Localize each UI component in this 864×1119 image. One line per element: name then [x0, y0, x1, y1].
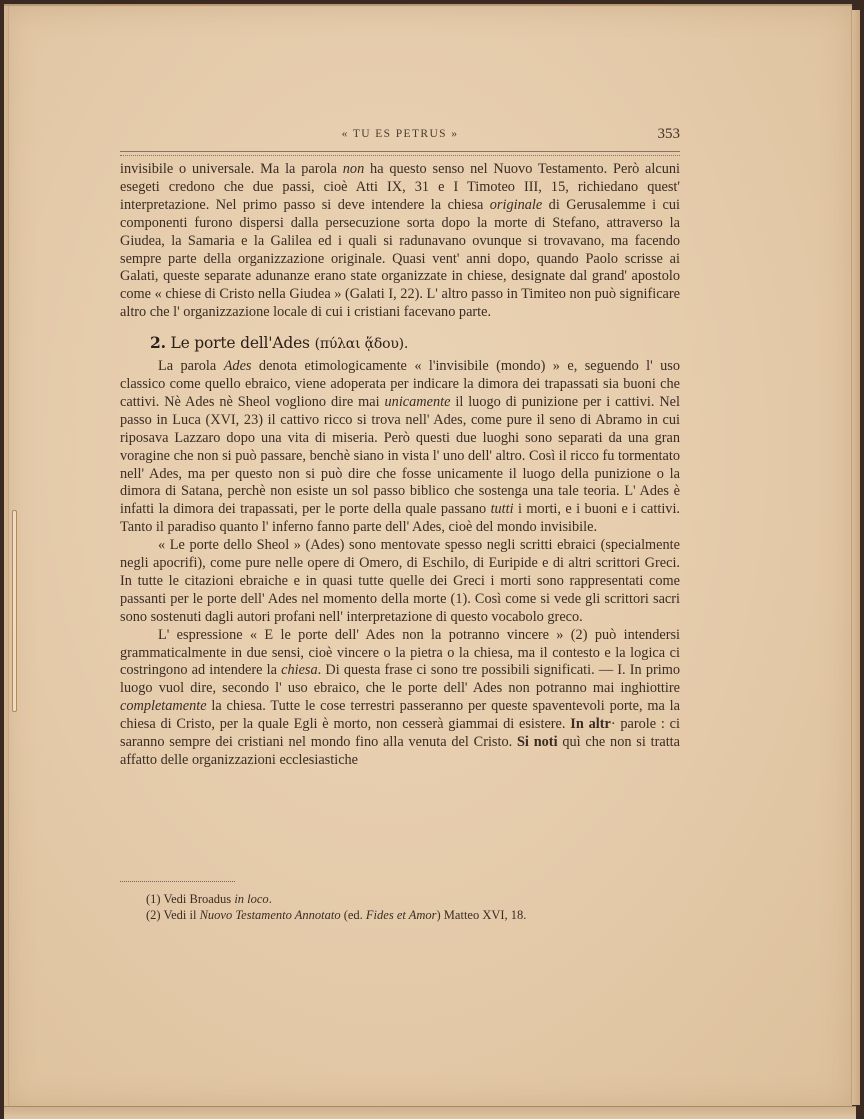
binding-thread-mark: [12, 510, 17, 712]
section-greek: (πύλαι ᾅδου).: [315, 336, 409, 352]
paragraph: La parola Ades denota etimologicamente «…: [120, 358, 680, 537]
running-head: « TU ES PETRUS » 353: [120, 128, 680, 148]
footnote-2: (2) Vedi il Nuovo Testamento Annotato (e…: [146, 908, 686, 924]
footnote-1: (1) Vedi Broadus in loco.: [146, 892, 686, 908]
page-right-edge: [851, 10, 860, 1105]
footnotes: (1) Vedi Broadus in loco. (2) Vedi il Nu…: [146, 892, 686, 923]
body-text: invisibile o universale. Ma la parola no…: [120, 161, 680, 770]
section-heading: 2. Le porte dell'Ades (πύλαι ᾅδου).: [150, 334, 680, 354]
header-rule: [120, 151, 680, 156]
paragraph: invisibile o universale. Ma la parola no…: [120, 161, 680, 322]
section-number: 2.: [150, 333, 166, 352]
running-head-title: « TU ES PETRUS »: [120, 128, 680, 140]
footnote-rule: [120, 881, 235, 882]
page-bottom-edge: [4, 1106, 856, 1119]
page-number: 353: [658, 126, 681, 143]
paragraph: L' espressione « E le porte dell' Ades n…: [120, 627, 680, 770]
section-title: Le porte dell'Ades: [171, 334, 310, 352]
page-left-edge: [4, 6, 9, 1106]
paragraph: « Le porte dello Sheol » (Ades) sono men…: [120, 537, 680, 627]
